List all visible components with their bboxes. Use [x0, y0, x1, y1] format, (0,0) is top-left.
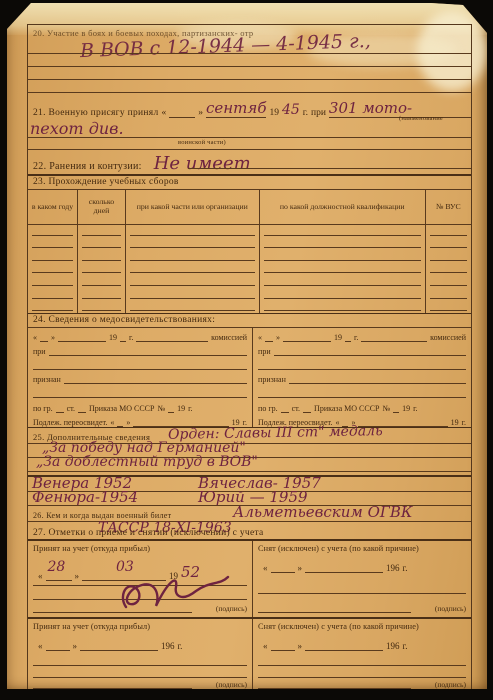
quote-open: «: [162, 108, 167, 118]
removed-cell-2: Снят (исключен) с учета (по какой причин…: [253, 619, 471, 691]
quote-close: »: [298, 563, 303, 573]
form-frame: 20. Участие в боях и боевых походах, пар…: [27, 24, 472, 689]
removed-title: Снят (исключен) с учета (по какой причин…: [258, 622, 419, 631]
printed-pri: при: [258, 347, 271, 356]
med-order-row: по гр.ст.Приказа МО СССР№19г.: [253, 398, 471, 412]
quote-close: »: [75, 571, 80, 581]
accepted-title: Принят на учет (откуда прибыл): [33, 544, 150, 553]
ruled-line: [258, 593, 466, 594]
cell: [426, 225, 471, 238]
table-row: [28, 238, 471, 251]
printed-num: №: [157, 404, 165, 413]
removed-date-row: « » 196 г.: [263, 563, 461, 573]
col-header-qualification: по какой должностной квалификации: [260, 190, 426, 224]
medical-cell-left: «»19г.комиссией при признан по гр.ст.При…: [28, 328, 253, 427]
blank-line: [271, 564, 295, 573]
table-row: [28, 263, 471, 276]
ruled-line: [28, 66, 471, 67]
quote-open: «: [258, 333, 262, 342]
cell: [78, 238, 126, 251]
blank-line: [56, 405, 64, 413]
blank-line: [64, 375, 247, 384]
ruled-line: [28, 137, 471, 138]
table-row: [28, 250, 471, 263]
ruled-line: [28, 149, 471, 150]
table-row: [28, 275, 471, 288]
oath-year-handwriting: 45: [282, 102, 300, 118]
col-header-unit: при какой части или организации: [126, 190, 260, 224]
printed-g: г.: [354, 333, 358, 342]
section24-label: 24. Сведения о медосвидетельствованиях:: [33, 315, 215, 325]
cell: [78, 301, 126, 314]
printed-g: г.: [129, 333, 133, 342]
ruled-line: [28, 79, 471, 80]
ruled-line: [258, 665, 466, 666]
cell: [126, 275, 260, 288]
medical-block: «»19г.комиссией при признан по гр.ст.При…: [28, 327, 471, 428]
col-header-year: в каком году: [28, 190, 78, 224]
family-name-3: Фенюра-1954: [32, 488, 138, 506]
printed-podlezh: Подлеж. переосвидет.: [33, 418, 107, 427]
printed-g: г.: [303, 108, 308, 118]
small-print-unit: воинской части): [178, 139, 226, 146]
cell: [28, 238, 78, 251]
printed-g: г.: [462, 418, 466, 427]
blank-line: [78, 405, 86, 413]
blank-line: [49, 347, 247, 356]
printed-commission: комиссией: [430, 333, 466, 342]
blank-line: [33, 389, 247, 398]
quote-close: »: [276, 333, 280, 342]
printed-196: 196: [386, 641, 400, 651]
signature-caption: (подпись): [216, 680, 247, 689]
med-order-row: по гр.ст.Приказа МО СССР№19г.: [28, 398, 252, 412]
training-table: в каком году сколько дней при какой част…: [28, 189, 471, 314]
blank-line: 28: [46, 572, 72, 581]
blank-line: [283, 334, 331, 342]
printed-st: ст.: [67, 404, 75, 413]
cell: [28, 275, 78, 288]
table-row: [28, 301, 471, 314]
table-row: [28, 288, 471, 301]
small-print-name: (наименование: [399, 115, 443, 122]
ruled-line: [28, 92, 471, 93]
accepted-date-row: « » 196 г.: [38, 641, 242, 651]
additional-info-row3: „За доблестный труд в ВОВ": [28, 457, 471, 472]
ruled-line: [28, 53, 471, 54]
printed-19: 19: [269, 108, 279, 118]
wounds-handwriting: Не имеет: [154, 153, 251, 174]
ruled-line: [258, 612, 411, 613]
blank-line: [168, 405, 174, 413]
ruled-line: [33, 688, 192, 689]
accepted-title: Принят на учет (откуда прибыл): [33, 622, 150, 631]
quote-open: «: [110, 418, 114, 427]
med-pri-row: при: [28, 342, 252, 356]
printed-pri: при: [33, 347, 46, 356]
ruled-line: [258, 677, 466, 678]
printed-pri: при: [311, 108, 326, 118]
quote-open: «: [38, 571, 43, 581]
blank-line: [274, 347, 466, 356]
signature: [116, 569, 234, 615]
quote-close: »: [126, 418, 130, 427]
med-pri-row: при: [253, 342, 471, 356]
blank-line: [258, 361, 466, 370]
ruled-line: [258, 688, 411, 689]
printed-g: г.: [188, 404, 192, 413]
removed-date-row: « » 196 г.: [263, 641, 461, 651]
blank-line: [303, 405, 311, 413]
blank-line: [289, 375, 466, 384]
training-table-header: в каком году сколько дней при какой част…: [28, 190, 471, 225]
cell: [28, 288, 78, 301]
printed-priznan: признан: [258, 375, 286, 384]
printed-g: г.: [413, 404, 417, 413]
cell: [260, 238, 426, 251]
cell: [126, 263, 260, 276]
cell: [126, 288, 260, 301]
blank-line: [345, 334, 351, 342]
blank-line: [258, 389, 466, 398]
cell: [426, 275, 471, 288]
med-blank-row: [28, 384, 252, 398]
table-row: [28, 225, 471, 238]
printed-prikaz: Приказа МО СССР: [314, 404, 379, 413]
section-divider: [28, 174, 471, 176]
document-card: 20. Участие в боях и боевых походах, пар…: [7, 3, 487, 689]
cell: [426, 288, 471, 301]
awards-handwriting-3: „За доблестный труд в ВОВ": [36, 454, 258, 470]
section22-row: 22. Ранения и контузии: Не имеет: [33, 153, 251, 174]
blank-line: [117, 419, 123, 427]
cell: [78, 288, 126, 301]
blank-line: [40, 334, 48, 342]
blank-line: [169, 109, 195, 118]
cell: [426, 301, 471, 314]
registration-table: Принят на учет (откуда прибыл) « 28 » 03…: [28, 539, 471, 691]
cell: [260, 263, 426, 276]
printed-g: г.: [403, 641, 408, 651]
printed-num: №: [382, 404, 390, 413]
cell: [78, 225, 126, 238]
accepted-cell-1: Принят на учет (откуда прибыл) « 28 » 03…: [28, 541, 253, 617]
printed-po-gr: по гр.: [258, 404, 278, 413]
unit2-handwriting: пехот див.: [30, 119, 124, 138]
blank-line: [58, 334, 106, 342]
cell: [426, 263, 471, 276]
printed-196: 196: [161, 641, 175, 651]
cell: [126, 238, 260, 251]
quote-close: »: [51, 333, 55, 342]
med-priznan-row: признан: [253, 370, 471, 384]
ruled-line: [188, 168, 471, 169]
med-blank-row: [28, 356, 252, 370]
blank-line: [136, 333, 208, 342]
cell: [260, 301, 426, 314]
cell: [260, 225, 426, 238]
printed-st: ст.: [292, 404, 300, 413]
med-blank-row: [253, 356, 471, 370]
cell: [426, 238, 471, 251]
cell: [260, 288, 426, 301]
day-handwriting: 28: [48, 559, 66, 575]
cell: [260, 250, 426, 263]
printed-g: г.: [403, 563, 408, 573]
quote-close: »: [298, 641, 303, 651]
cell: [426, 250, 471, 263]
quote-close: »: [73, 641, 78, 651]
blank-line: [271, 642, 295, 651]
cell: [28, 263, 78, 276]
printed-priznan: признан: [33, 375, 61, 384]
cell: [260, 275, 426, 288]
col-header-days: сколько дней: [78, 190, 126, 224]
section22-label: 22. Ранения и контузии:: [33, 161, 142, 172]
printed-19: 19: [109, 333, 117, 342]
ruled-line: [33, 677, 247, 678]
med-reexam-row: Подлеж. переосвидет.«»19г.: [28, 413, 252, 427]
printed-196: 196: [386, 563, 400, 573]
ruled-line: [33, 665, 247, 666]
issuer-handwriting: Альметьевским ОГВК: [233, 503, 412, 521]
quote-open: «: [33, 333, 37, 342]
blank-line: [305, 642, 383, 651]
cell: [78, 250, 126, 263]
accepted-cell-2: Принят на учет (откуда прибыл) « » 196 г…: [28, 619, 253, 691]
blank-line: [305, 564, 383, 573]
med-date-row: «»19г.комиссией: [253, 328, 471, 342]
cell: [28, 301, 78, 314]
printed-commission: комиссией: [211, 333, 247, 342]
signature-caption: (подпись): [435, 604, 466, 613]
med-date-row: «»19г.комиссией: [28, 328, 252, 342]
cell: [126, 225, 260, 238]
cell: [28, 250, 78, 263]
quote-open: «: [263, 641, 268, 651]
col-header-vus: № ВУС: [426, 190, 471, 224]
cell: [28, 225, 78, 238]
quote-open: «: [263, 563, 268, 573]
section21-label: 21. Военную присягу принял: [33, 108, 159, 118]
med-blank-row: [253, 384, 471, 398]
section26-label: 26. Кем и когда выдан военный билет: [33, 511, 171, 520]
printed-19: 19: [451, 418, 459, 427]
printed-19: 19: [402, 404, 410, 413]
med-priznan-row: признан: [28, 370, 252, 384]
issued-row: 26. Кем и когда выдан военный билет Альм…: [28, 507, 471, 522]
registration-row-2: Принят на учет (откуда прибыл) « » 196 г…: [28, 619, 471, 691]
printed-g: г.: [178, 641, 183, 651]
cell: [126, 301, 260, 314]
blank-line: [80, 642, 158, 651]
printed-19: 19: [334, 333, 342, 342]
section23-label: 23. Прохождение учебных сборов: [33, 177, 179, 187]
oath-month-handwriting: сентяб: [206, 99, 266, 118]
removed-title: Снят (исключен) с учета (по какой причин…: [258, 544, 419, 553]
printed-prikaz: Приказа МО СССР: [89, 404, 154, 413]
photo-background: 20. Участие в боях и боевых походах, пар…: [0, 0, 493, 700]
cell: [126, 250, 260, 263]
blank-line: [361, 333, 427, 342]
registration-row-1: Принят на учет (откуда прибыл) « 28 » 03…: [28, 541, 471, 619]
section27-label: 27. Отметки о приеме и снятии (исключени…: [33, 528, 264, 538]
blank-line: [46, 642, 70, 651]
cell: [78, 275, 126, 288]
quote-close: »: [198, 108, 203, 118]
removed-cell-1: Снят (исключен) с учета (по какой причин…: [253, 541, 471, 617]
blank-line: [265, 334, 273, 342]
quote-open: «: [38, 641, 43, 651]
signature-caption: (подпись): [435, 680, 466, 689]
blank-line: [281, 405, 289, 413]
blank-line: [33, 361, 247, 370]
blank-line: [120, 334, 126, 342]
medical-cell-right: «»19г.комиссией при признан по гр.ст.При…: [253, 328, 471, 427]
cell: [78, 263, 126, 276]
blank-line: [393, 405, 399, 413]
printed-19: 19: [177, 404, 185, 413]
printed-po-gr: по гр.: [33, 404, 53, 413]
